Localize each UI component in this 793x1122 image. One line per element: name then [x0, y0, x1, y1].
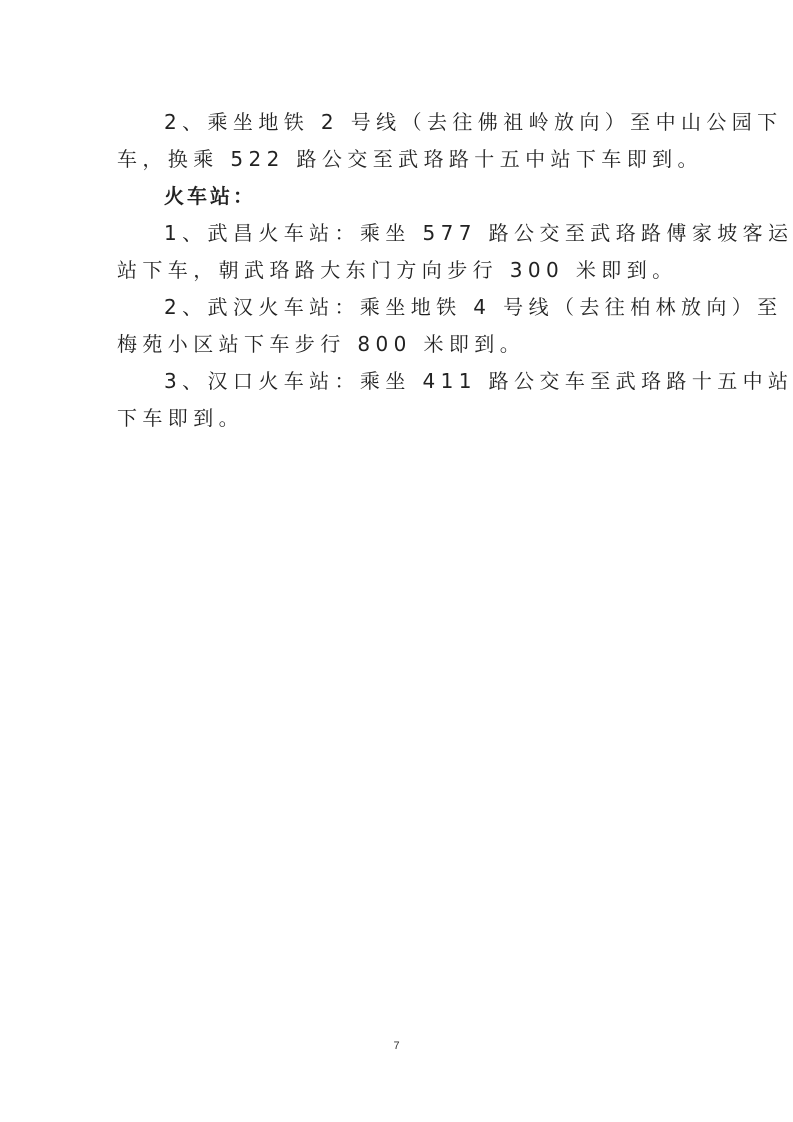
paragraph-line: 2、乘坐地铁 2 号线（去往佛祖岭放向）至中山公园下	[117, 104, 679, 141]
paragraph-line: 车，换乘 522 路公交至武珞路十五中站下车即到。	[117, 141, 679, 178]
document-page: 2、乘坐地铁 2 号线（去往佛祖岭放向）至中山公园下 车，换乘 522 路公交至…	[0, 0, 793, 1122]
paragraph-wuhan-station: 2、武汉火车站：乘坐地铁 4 号线（去往柏林放向）至	[117, 289, 679, 326]
page-content: 2、乘坐地铁 2 号线（去往佛祖岭放向）至中山公园下 车，换乘 522 路公交至…	[117, 104, 679, 437]
heading-text: 火车站：	[117, 178, 679, 215]
paragraph-hankou-station-continued: 下车即到。	[117, 400, 679, 437]
paragraph-metro-line2-continued: 车，换乘 522 路公交至武珞路十五中站下车即到。	[117, 141, 679, 178]
paragraph-line: 1、武昌火车站：乘坐 577 路公交至武珞路傅家坡客运	[117, 215, 679, 252]
paragraph-metro-line2: 2、乘坐地铁 2 号线（去往佛祖岭放向）至中山公园下	[117, 104, 679, 141]
paragraph-line: 2、武汉火车站：乘坐地铁 4 号线（去往柏林放向）至	[117, 289, 679, 326]
paragraph-wuchang-station-continued: 站下车，朝武珞路大东门方向步行 300 米即到。	[117, 252, 679, 289]
paragraph-line: 梅苑小区站下车步行 800 米即到。	[117, 326, 679, 363]
paragraph-line: 站下车，朝武珞路大东门方向步行 300 米即到。	[117, 252, 679, 289]
paragraph-line: 下车即到。	[117, 400, 679, 437]
paragraph-hankou-station: 3、汉口火车站：乘坐 411 路公交车至武珞路十五中站	[117, 363, 679, 400]
paragraph-wuchang-station: 1、武昌火车站：乘坐 577 路公交至武珞路傅家坡客运	[117, 215, 679, 252]
page-number: 7	[0, 1040, 793, 1052]
section-heading-train-station: 火车站：	[117, 178, 679, 215]
paragraph-wuhan-station-continued: 梅苑小区站下车步行 800 米即到。	[117, 326, 679, 363]
paragraph-line: 3、汉口火车站：乘坐 411 路公交车至武珞路十五中站	[117, 363, 679, 400]
